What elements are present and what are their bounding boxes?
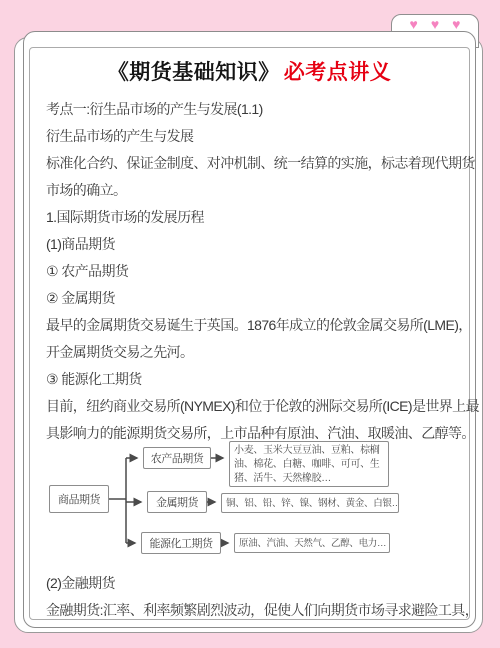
page-title: 《期货基础知识》必考点讲义 [24,56,475,86]
heart-icon: ♥ [431,17,439,31]
text-line: 市场的确立。 [46,177,466,204]
text-line: (2)金融期货 [46,570,466,597]
content-lines-bottom: (2)金融期货金融期货:汇率、利率频繁剧烈波动，促使人们向期货市场寻求避险工具， [46,570,466,624]
text-line: 最早的金属期货交易诞生于英国。1876年成立的伦敦金属交易所(LME)， [46,312,466,339]
text-line: 标准化合约、保证金制度、对冲机制、统一结算的实施，标志着现代期货 [46,150,466,177]
text-line: 金融期货:汇率、利率频繁剧烈波动，促使人们向期货市场寻求避险工具， [46,597,466,624]
diagram-branch-agricultural: 农产品期货 [143,447,211,469]
diagram-items-metal: 铜、铝、铅、锌、镍、钢材、黄金、白银… [221,493,399,513]
text-line: 开金属期货交易之先河。 [46,339,466,366]
heart-icon: ♥ [452,17,460,31]
title-main: 《期货基础知识》 [108,61,280,84]
content-lines-top: 考点一:衍生品市场的产生与发展(1.1)衍生品市场的产生与发展标准化合约、保证金… [46,96,466,447]
diagram-root-box: 商品期货 [49,485,109,513]
text-line: 衍生品市场的产生与发展 [46,123,466,150]
diagram-items-agricultural: 小麦、玉米大豆豆油、豆粕、棕榈油、棉花、白糖、咖啡、可可、生猪、活牛、天然橡胶… [229,441,389,487]
page: ♥ ♥ ♥ 《期货基础知识》必考点讲义 考点一:衍生品市场的产生与发展(1.1)… [0,0,500,648]
diagram-items-energy: 原油、汽油、天然气、乙醇、电力… [234,533,390,553]
title-accent: 必考点讲义 [284,61,392,84]
heart-icon: ♥ [410,17,418,31]
text-line: 1.国际期货市场的发展历程 [46,204,466,231]
text-line: ① 农产品期货 [46,258,466,285]
text-line: 考点一:衍生品市场的产生与发展(1.1) [46,96,466,123]
diagram-branch-energy: 能源化工期货 [141,532,221,554]
diagram-branch-metal: 金属期货 [147,491,207,513]
text-line: (1)商品期货 [46,231,466,258]
note-card: 《期货基础知识》必考点讲义 考点一:衍生品市场的产生与发展(1.1)衍生品市场的… [23,31,476,628]
text-line: ③ 能源化工期货 [46,366,466,393]
text-line: ② 金属期货 [46,285,466,312]
text-line: 目前，纽约商业交易所(NYMEX)和位于伦敦的洲际交易所(ICE)是世界上最 [46,393,466,420]
